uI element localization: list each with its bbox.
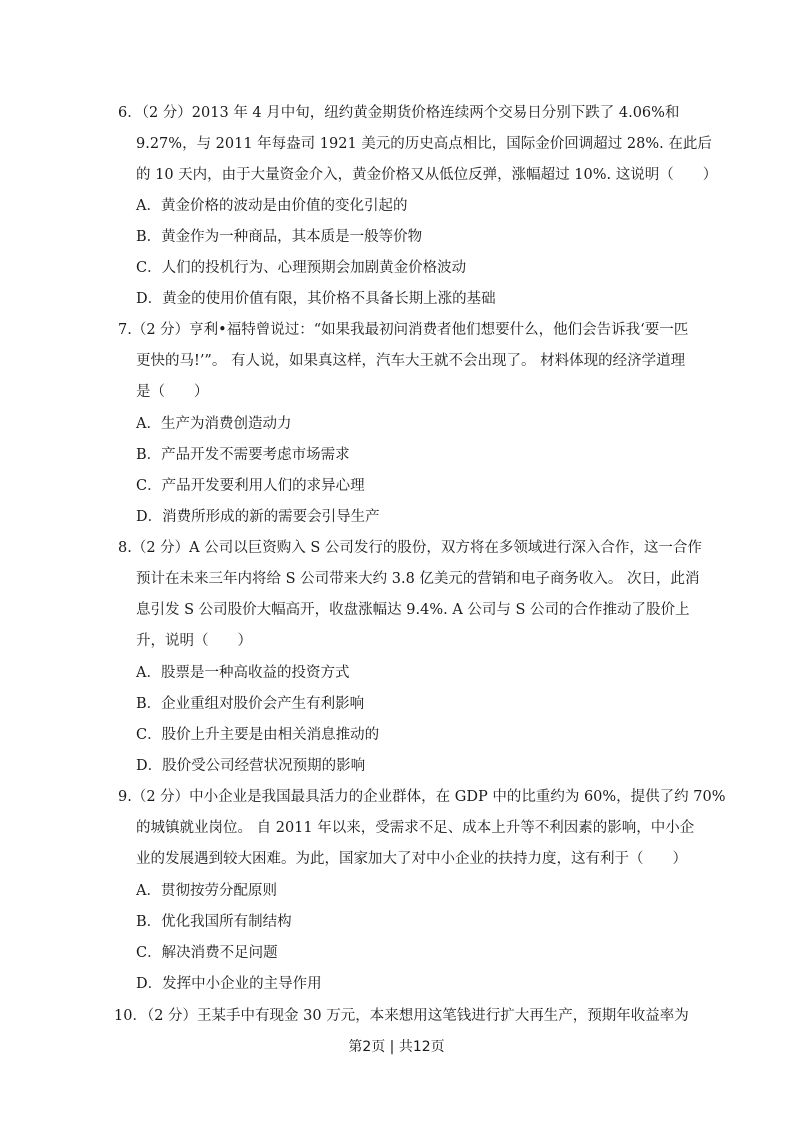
q6-line-2: 9.27%，与 2011 年每盎司 1921 美元的历史高点相比，国际金价回调超…	[136, 134, 712, 154]
q9-line-3: 业的发展遇到较大困难。为此，国家加大了对中小企业的扶持力度，这有利于（ ）	[136, 849, 687, 869]
q9-option-a: A．贯彻按劳分配原则	[136, 881, 277, 901]
q8-option-c: C．股价上升主要是由相关消息推动的	[136, 725, 379, 745]
q9-option-b: B．优化我国所有制结构	[136, 912, 292, 932]
q6-line-1: 6．（2 分）2013 年 4 月中旬，纽约黄金期货价格连续两个交易日分别下跌了…	[118, 103, 679, 123]
exam-page: 6．（2 分）2013 年 4 月中旬，纽约黄金期货价格连续两个交易日分别下跌了…	[0, 0, 793, 1122]
q7-option-d: D．消费所形成的新的需要会引导生产	[136, 507, 380, 527]
q7-line-1: 7.（2 分）亨利•福特曾说过：“如果我最初问消费者他们想要什么，他们会告诉我‘…	[118, 320, 688, 340]
q7-line-2: 更快的马!’”。 有人说，如果真这样，汽车大王就不会出现了。 材料体现的经济学道…	[136, 351, 685, 371]
q8-line-3: 息引发 S 公司股价大幅高开，收盘涨幅达 9.4%. A 公司与 S 公司的合作…	[136, 600, 690, 620]
q6-option-d: D．黄金的使用价值有限，其价格不具备长期上涨的基础	[136, 289, 496, 309]
q8-option-a: A．股票是一种高收益的投资方式	[136, 663, 349, 683]
q7-option-a: A．生产为消费创造动力	[136, 414, 291, 434]
q7-option-b: B．产品开发不需要考虑市场需求	[136, 445, 350, 465]
q9-line-1: 9.（2 分）中小企业是我国最具活力的企业群体，在 GDP 中的比重约为 60%…	[118, 787, 726, 807]
q9-option-d: D．发挥中小企业的主导作用	[136, 974, 322, 994]
q8-line-1: 8.（2 分）A 公司以巨资购入 S 公司发行的股份，双方将在多领域进行深入合作…	[118, 538, 702, 558]
q10-line-1: 10．（2 分）王某手中有现金 30 万元，本来想用这笔钱进行扩大再生产，预期年…	[114, 1006, 689, 1026]
page-footer: 第2页 | 共12页	[0, 1036, 793, 1056]
q6-option-a: A．黄金价格的波动是由价值的变化引起的	[136, 196, 407, 216]
q7-line-3: 是（ ）	[136, 382, 209, 402]
q6-option-c: C．人们的投机行为、心理预期会加剧黄金价格波动	[136, 258, 466, 278]
q8-option-b: B．企业重组对股价会产生有利影响	[136, 694, 364, 714]
q6-line-3: 的 10 天内，由于大量资金介入，黄金价格又从低位反弹，涨幅超过 10%. 这说…	[136, 165, 717, 185]
q7-option-c: C．产品开发要利用人们的求异心理	[136, 476, 365, 496]
q9-option-c: C．解决消费不足问题	[136, 943, 278, 963]
q6-option-b: B．黄金作为一种商品，其本质是一般等价物	[136, 227, 422, 247]
q8-line-4: 升，说明（ ）	[136, 631, 252, 651]
q9-line-2: 的城镇就业岗位。 自 2011 年以来，受需求不足、成本上升等不利因素的影响，中…	[136, 818, 694, 838]
q8-option-d: D．股价受公司经营状况预期的影响	[136, 756, 365, 776]
q8-line-2: 预计在未来三年内将给 S 公司带来大约 3.8 亿美元的营销和电子商务收入。 次…	[136, 569, 700, 589]
